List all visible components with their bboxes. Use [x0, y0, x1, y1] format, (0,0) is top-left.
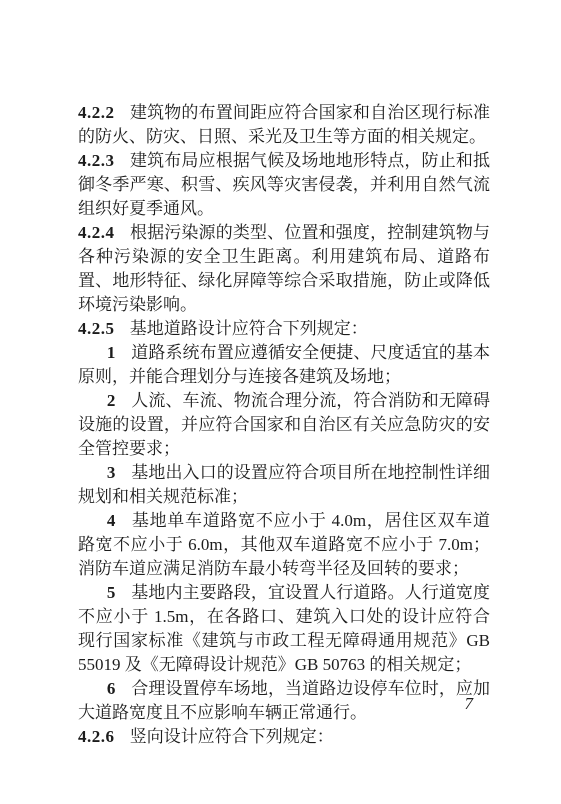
item-number: 2: [107, 391, 116, 410]
paragraph-text: 道路系统布置应遵循安全便捷、尺度适宜的基本原则，并能合理划分与连接各建筑及场地；: [78, 343, 490, 386]
paragraph-text: 人流、车流、物流合理分流，符合消防和无障碍设施的设置，并应符合国家和自治区有关应…: [78, 391, 490, 458]
clause-paragraph: 4.2.5基地道路设计应符合下列规定：: [78, 317, 490, 341]
paragraph-text: 建筑物的布置间距应符合国家和自治区现行标准的防火、防灾、日照、采光及卫生等方面的…: [78, 103, 490, 146]
paragraph-text: 建筑布局应根据气候及场地地形特点，防止和抵御冬季严寒、积雪、疾风等灾害侵袭，并利…: [78, 151, 490, 218]
paragraph-text: 基地出入口的设置应符合项目所在地控制性详细规划和相关规范标准；: [78, 463, 490, 506]
paragraph-text: 根据污染源的类型、位置和强度，控制建筑物与各种污染源的安全卫生距离。利用建筑布局…: [78, 223, 490, 314]
list-item-paragraph: 4基地单车道路宽不应小于 4.0m，居住区双车道路宽不应小于 6.0m，其他双车…: [78, 509, 490, 581]
clause-paragraph: 4.2.2建筑物的布置间距应符合国家和自治区现行标准的防火、防灾、日照、采光及卫…: [78, 101, 490, 149]
paragraph-text: 基地单车道路宽不应小于 4.0m，居住区双车道路宽不应小于 6.0m，其他双车道…: [78, 511, 490, 578]
clause-number: 4.2.5: [78, 319, 115, 338]
list-item-paragraph: 1道路系统布置应遵循安全便捷、尺度适宜的基本原则，并能合理划分与连接各建筑及场地…: [78, 341, 490, 389]
list-item-paragraph: 3基地出入口的设置应符合项目所在地控制性详细规划和相关规范标准；: [78, 461, 490, 509]
clause-paragraph: 4.2.4根据污染源的类型、位置和强度，控制建筑物与各种污染源的安全卫生距离。利…: [78, 221, 490, 317]
item-number: 4: [107, 511, 116, 530]
page-number: 7: [465, 694, 474, 714]
clause-number: 4.2.6: [78, 727, 115, 746]
paragraph-text: 基地内主要路段，宜设置人行道路。人行道宽度不应小于 1.5m，在各路口、建筑入口…: [78, 583, 490, 674]
item-number: 3: [107, 463, 116, 482]
item-number: 6: [107, 679, 116, 698]
list-item-paragraph: 5基地内主要路段，宜设置人行道路。人行道宽度不应小于 1.5m，在各路口、建筑入…: [78, 581, 490, 677]
paragraph-text: 基地道路设计应符合下列规定：: [130, 319, 368, 338]
list-item-paragraph: 2人流、车流、物流合理分流，符合消防和无障碍设施的设置，并应符合国家和自治区有关…: [78, 389, 490, 461]
clause-number: 4.2.4: [78, 223, 115, 242]
paragraph-text: 合理设置停车场地，当道路边设停车位时，应加大道路宽度且不应影响车辆正常通行。: [78, 679, 490, 722]
list-item-paragraph: 6合理设置停车场地，当道路边设停车位时，应加大道路宽度且不应影响车辆正常通行。: [78, 677, 490, 725]
paragraph-text: 竖向设计应符合下列规定：: [130, 727, 334, 746]
clause-number: 4.2.3: [78, 151, 115, 170]
clause-number: 4.2.2: [78, 103, 115, 122]
document-page: 4.2.2建筑物的布置间距应符合国家和自治区现行标准的防火、防灾、日照、采光及卫…: [0, 0, 561, 804]
item-number: 5: [107, 583, 116, 602]
item-number: 1: [107, 343, 116, 362]
document-body: 4.2.2建筑物的布置间距应符合国家和自治区现行标准的防火、防灾、日照、采光及卫…: [78, 101, 490, 749]
clause-paragraph: 4.2.6竖向设计应符合下列规定：: [78, 725, 490, 749]
clause-paragraph: 4.2.3建筑布局应根据气候及场地地形特点，防止和抵御冬季严寒、积雪、疾风等灾害…: [78, 149, 490, 221]
